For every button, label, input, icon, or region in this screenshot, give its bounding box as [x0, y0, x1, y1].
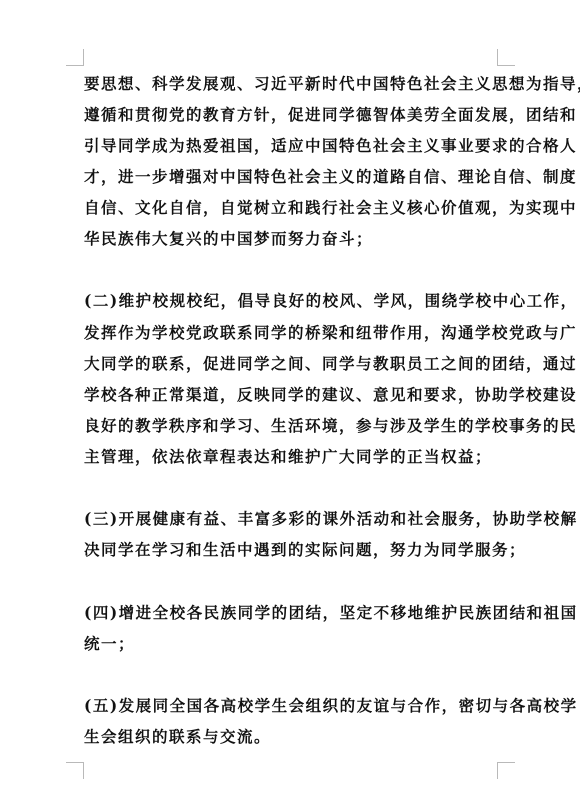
text-line: (三)开展健康有益、丰富多彩的课外活动和社会服务，协助学校解	[84, 503, 504, 534]
text-line: 决同学在学习和生活中遇到的实际问题，努力为同学服务；	[84, 534, 504, 565]
text-line: 大同学的联系，促进同学之间、同学与教职员工之间的团结，通过	[84, 348, 504, 379]
paragraph-4-item-four: (四)增进全校各民族同学的团结，坚定不移地维护民族团结和祖国 统一；	[84, 597, 504, 659]
text-line: 良好的教学秩序和学习、生活环境，参与涉及学生的学校事务的民	[84, 410, 504, 441]
text-line: 自信、文化自信，自觉树立和践行社会主义核心价值观，为实现中	[84, 192, 504, 223]
text-line: 发挥作为学校党政联系同学的桥梁和纽带作用，沟通学校党政与广	[84, 317, 504, 348]
document-body[interactable]: 要思想、科学发展观、习近平新时代中国特色社会主义思想为指导， 遵循和贯彻党的教育…	[84, 68, 504, 784]
paragraph-1-guiding-ideology: 要思想、科学发展观、习近平新时代中国特色社会主义思想为指导， 遵循和贯彻党的教育…	[84, 68, 504, 255]
paragraph-3-item-three: (三)开展健康有益、丰富多彩的课外活动和社会服务，协助学校解 决同学在学习和生活…	[84, 503, 504, 565]
text-line: 学校各种正常渠道，反映同学的建议、意见和要求，协助学校建设	[84, 379, 504, 410]
text-line: 才，进一步增强对中国特色社会主义的道路自信、理论自信、制度	[84, 161, 504, 192]
text-line: (二)维护校规校纪，倡导良好的校风、学风，围绕学校中心工作，	[84, 285, 504, 316]
text-line: 引导同学成为热爱祖国，适应中国特色社会主义事业要求的合格人	[84, 130, 504, 161]
paragraph-2-item-two: (二)维护校规校纪，倡导良好的校风、学风，围绕学校中心工作， 发挥作为学校党政联…	[84, 285, 504, 472]
margin-corner-mark-bottom-left	[66, 762, 84, 779]
text-line: 华民族伟大复兴的中国梦而努力奋斗；	[84, 223, 504, 254]
text-line: 遵循和贯彻党的教育方针，促进同学德智体美劳全面发展，团结和	[84, 99, 504, 130]
text-line: 主管理，依法依章程表达和维护广大同学的正当权益；	[84, 441, 504, 472]
document-page: 要思想、科学发展观、习近平新时代中国特色社会主义思想为指导， 遵循和贯彻党的教育…	[0, 0, 580, 803]
text-line: (四)增进全校各民族同学的团结，坚定不移地维护民族团结和祖国	[84, 597, 504, 628]
margin-corner-mark-top-left	[66, 49, 84, 66]
margin-corner-mark-top-right	[497, 49, 515, 66]
text-line: (五)发展同全国各高校学生会组织的友谊与合作，密切与各高校学	[84, 690, 504, 721]
text-line: 统一；	[84, 628, 504, 659]
paragraph-5-item-five: (五)发展同全国各高校学生会组织的友谊与合作，密切与各高校学 生会组织的联系与交…	[84, 690, 504, 752]
text-line: 生会组织的联系与交流。	[84, 721, 504, 752]
text-line: 要思想、科学发展观、习近平新时代中国特色社会主义思想为指导，	[84, 68, 504, 99]
